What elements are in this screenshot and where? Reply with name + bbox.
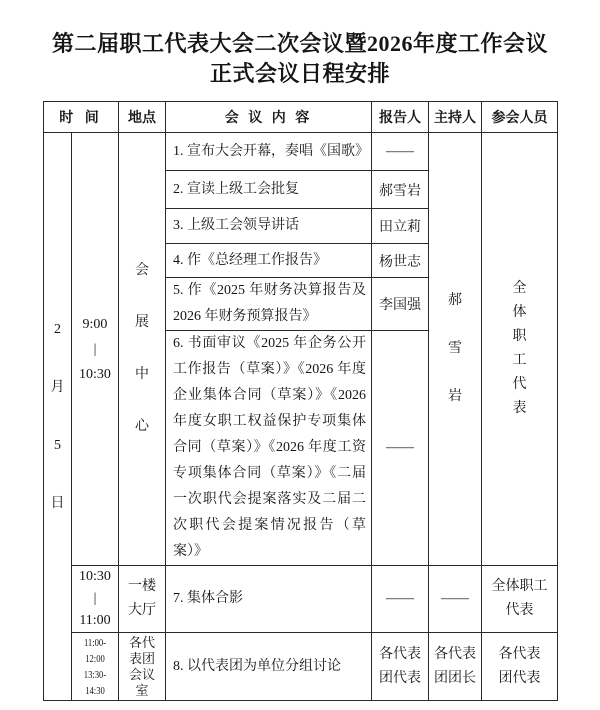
schedule-table: 时 间 地点 会 议 内 容 报告人 主持人 参会人员 2 月 5 日 9:00… (43, 101, 558, 701)
agenda-item-2-reporter: 郝雪岩 (372, 171, 429, 209)
session3-location-cell: 各代 表团 会议 室 (119, 633, 166, 701)
session2-host-cell: —— (429, 566, 482, 633)
table-row: 10:30 | 11:00 一楼 大厅 7. 集体合影 —— —— 全体职工 代… (44, 566, 558, 633)
agenda-item-3-reporter: 田立莉 (372, 209, 429, 244)
agenda-item-6-reporter: —— (372, 331, 429, 566)
session3-host-cell: 各代表 团团长 (429, 633, 482, 701)
session3-time-cell: 11:00-12:00 13:30-14:30 (72, 633, 119, 701)
page-title-line2: 正式会议日程安排 (0, 59, 600, 89)
agenda-item-6-content: 6. 书面审议《2025 年企务公开工作报告（草案）》《2026 年度企业集体合… (166, 331, 372, 566)
page-title: 第二届职工代表大会二次会议暨2026年度工作会议 正式会议日程安排 (0, 29, 600, 89)
header-cell-reporter: 报告人 (372, 102, 429, 133)
header-row: 时 间 地点 会 议 内 容 报告人 主持人 参会人员 (44, 102, 558, 133)
session2-location-cell: 一楼 大厅 (119, 566, 166, 633)
agenda-item-8-reporter: 各代表 团代表 (372, 633, 429, 701)
agenda-item-4-reporter: 杨世志 (372, 244, 429, 278)
agenda-item-5-content: 5. 作《2025 年财务决算报告及 2026 年财务预算报告》 (166, 278, 372, 331)
session3-participants-cell: 各代表 团代表 (482, 633, 558, 701)
header-cell-location: 地点 (119, 102, 166, 133)
agenda-item-8-content: 8. 以代表团为单位分组讨论 (166, 633, 372, 701)
session3-time-text: 11:00-12:00 13:30-14:30 (77, 635, 113, 699)
header-cell-content: 会 议 内 容 (166, 102, 372, 133)
agenda-item-3-content: 3. 上级工会领导讲话 (166, 209, 372, 244)
agenda-item-4-content: 4. 作《总经理工作报告》 (166, 244, 372, 278)
session1-time-cell: 9:00 | 10:30 (72, 133, 119, 566)
header-cell-participants: 参会人员 (482, 102, 558, 133)
table-row: 2 月 5 日 9:00 | 10:30 会 展 中 心 1. 宣布大会开幕，奏… (44, 133, 558, 171)
session1-host-cell: 郝 雪 岩 (429, 133, 482, 566)
agenda-item-5-reporter: 李国强 (372, 278, 429, 331)
session1-participants-cell: 全 体 职 工 代 表 (482, 133, 558, 566)
page-title-line1: 第二届职工代表大会二次会议暨2026年度工作会议 (0, 29, 600, 59)
agenda-item-1-reporter: —— (372, 133, 429, 171)
agenda-item-7-content: 7. 集体合影 (166, 566, 372, 633)
header-cell-host: 主持人 (429, 102, 482, 133)
agenda-item-7-reporter: —— (372, 566, 429, 633)
session2-time-cell: 10:30 | 11:00 (72, 566, 119, 633)
table-row: 11:00-12:00 13:30-14:30 各代 表团 会议 室 8. 以代… (44, 633, 558, 701)
session1-location-cell: 会 展 中 心 (119, 133, 166, 566)
session2-participants-cell: 全体职工 代表 (482, 566, 558, 633)
header-cell-time: 时 间 (44, 102, 119, 133)
agenda-item-2-content: 2. 宣读上级工会批复 (166, 171, 372, 209)
date-cell: 2 月 5 日 (44, 133, 72, 701)
agenda-item-1-content: 1. 宣布大会开幕，奏唱《国歌》 (166, 133, 372, 171)
